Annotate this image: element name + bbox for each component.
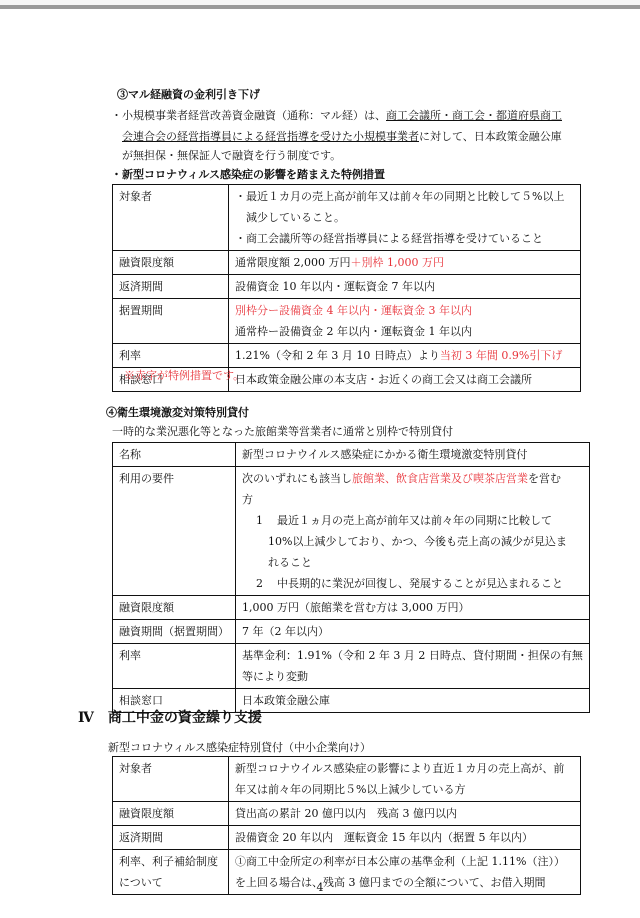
section3-heading: ③マル経融資の金利引き下げ xyxy=(117,87,260,103)
row-value: 1,000 万円（旅館業を営む方は 3,000 万円） xyxy=(236,596,590,620)
section4-intro: 一時的な業況悪化等となった旅館業等営業者に通常と別枠で特別貸付 xyxy=(112,424,453,440)
table-row: 返済期間 設備資金 20 年以内 運転資金 15 年以内（据置 5 年以内） xyxy=(113,826,581,850)
value-line: れること xyxy=(242,552,583,573)
row-value: 別枠分ー設備資金 4 年以内・運転資金 3 年以内 通常枠ー設備資金 2 年以内… xyxy=(229,299,581,344)
table-row: 名称 新型コロナウイルス感染症にかかる衛生環境激変特別貸付 xyxy=(113,443,590,467)
value-normal: を営む xyxy=(528,472,561,485)
value-special: ＋別枠 1,000 万円 xyxy=(350,256,443,269)
row-value: 設備資金 20 年以内 運転資金 15 年以内（据置 5 年以内） xyxy=(229,826,581,850)
table-row: 据置期間 別枠分ー設備資金 4 年以内・運転資金 3 年以内 通常枠ー設備資金 … xyxy=(113,299,581,344)
intro-text: 小規模事業者経営改善資金融資（通称：マル経）は、 xyxy=(122,109,386,122)
section4-table: 名称 新型コロナウイルス感染症にかかる衛生環境激変特別貸付 利用の要件 次のいず… xyxy=(112,442,590,713)
table-row: 融資期間（据置期間） 7 年（2 年以内） xyxy=(113,620,590,644)
row-label: 相談窓口 xyxy=(113,689,236,713)
intro-underlined: 会連合会の経営指導員による経営指導を受けた小規模事業者 xyxy=(122,130,419,143)
row-label: 対象者 xyxy=(113,185,229,251)
section3-intro-line1: ・小規模事業者経営改善資金融資（通称：マル経）は、商工会議所・商工会・都道府県商… xyxy=(111,108,562,124)
table-row: 融資限度額 1,000 万円（旅館業を営む方は 3,000 万円） xyxy=(113,596,590,620)
row-value: ・最近１カ月の売上高が前年又は前々年の同期と比較して５%以上 減少していること。… xyxy=(229,185,581,251)
chapter4-subheading: 新型コロナウィルス感染症特別貸付（中小企業向け） xyxy=(108,740,371,756)
row-label: 融資限度額 xyxy=(113,596,236,620)
row-value: 貸出高の累計 20 億円以内 残高 3 億円以内 xyxy=(229,802,581,826)
row-label: 返済期間 xyxy=(113,826,229,850)
table-row: 融資限度額 通常限度額 2,000 万円＋別枠 1,000 万円 xyxy=(113,251,581,275)
section3-intro-line2: 会連合会の経営指導員による経営指導を受けた小規模事業者に対して、日本政策金融公庫 xyxy=(122,129,562,145)
value-line: ・商工会議所等の経営指導員による経営指導を受けていること xyxy=(235,228,574,249)
value-line: ・最近１カ月の売上高が前年又は前々年の同期と比較して５%以上 xyxy=(235,186,574,207)
row-value: 次のいずれにも該当し旅館業、飲食店営業及び喫茶店営業を営む 方 1 最近１ヵ月の… xyxy=(236,467,590,596)
row-label: 名称 xyxy=(113,443,236,467)
value-line: 10%以上減少しており、かつ、今後も売上高の減少が見込ま xyxy=(242,531,583,552)
row-value: 設備資金 10 年以内・運転資金 7 年以内 xyxy=(229,275,581,299)
table-row: 対象者 ・最近１カ月の売上高が前年又は前々年の同期と比較して５%以上 減少してい… xyxy=(113,185,581,251)
viewer-top-divider xyxy=(0,5,640,9)
value-line: 中長期的に業況が回復し、発展することが見込まれること xyxy=(277,577,563,590)
row-value: 日本政策金融公庫の本支店・お近くの商工会又は商工会議所 xyxy=(229,368,581,392)
row-value: 新型コロナウイルス感染症にかかる衛生環境激変特別貸付 xyxy=(236,443,590,467)
chapter4-table: 対象者 新型コロナウイルス感染症の影響により直近１カ月の売上高が、前 年又は前々… xyxy=(112,756,581,895)
value-normal: 通常枠ー設備資金 2 年以内・運転資金 1 年以内 xyxy=(235,321,574,342)
row-label: 融資期間（据置期間） xyxy=(113,620,236,644)
row-label: 据置期間 xyxy=(113,299,229,344)
value-special: 別枠分ー設備資金 4 年以内・運転資金 3 年以内 xyxy=(235,300,574,321)
special-measure-note: ※赤字が特例措置です。 xyxy=(124,368,244,384)
value-normal: 通常限度額 2,000 万円 xyxy=(235,256,350,269)
section3-subheading: ・新型コロナウィルス感染症の影響を踏まえた特例措置 xyxy=(111,167,385,183)
item-number: 2 xyxy=(256,577,263,590)
table-row: 返済期間 設備資金 10 年以内・運転資金 7 年以内 xyxy=(113,275,581,299)
value-line: 方 xyxy=(242,489,583,510)
row-value: 日本政策金融公庫 xyxy=(236,689,590,713)
value-line: 減少していること。 xyxy=(235,207,574,228)
row-label: 利率 xyxy=(113,644,236,689)
row-label: 利率 xyxy=(113,344,229,368)
item-number: 1 xyxy=(256,514,263,527)
value-line: 最近１ヵ月の売上高が前年又は前々年の同期に比較して xyxy=(277,514,552,527)
row-label: 対象者 xyxy=(113,757,229,802)
section3-table: 対象者 ・最近１カ月の売上高が前年又は前々年の同期と比較して５%以上 減少してい… xyxy=(112,184,581,392)
row-label: 融資限度額 xyxy=(113,802,229,826)
row-value: 通常限度額 2,000 万円＋別枠 1,000 万円 xyxy=(229,251,581,275)
section4-heading: ④衛生環境激変対策特別貸付 xyxy=(106,405,249,421)
value-special: 当初 3 年間 0.9%引下げ xyxy=(440,349,562,362)
value-line: ①商工中金所定の利率が日本公庫の基準金利（上記 1.11%（注）） xyxy=(235,851,574,872)
table-row: 融資限度額 貸出高の累計 20 億円以内 残高 3 億円以内 xyxy=(113,802,581,826)
table-row: 利用の要件 次のいずれにも該当し旅館業、飲食店営業及び喫茶店営業を営む 方 1 … xyxy=(113,467,590,596)
table-row: 利率 基準金利：1.91%（令和 2 年 3 月 2 日時点、貸付期間・担保の有… xyxy=(113,644,590,689)
row-value: 新型コロナウイルス感染症の影響により直近１カ月の売上高が、前 年又は前々年の同期… xyxy=(229,757,581,802)
table-row: 対象者 新型コロナウイルス感染症の影響により直近１カ月の売上高が、前 年又は前々… xyxy=(113,757,581,802)
value-line: 基準金利：1.91%（令和 2 年 3 月 2 日時点、貸付期間・担保の有無 xyxy=(242,645,583,666)
intro-underlined: 商工会議所・商工会・都道府県商工 xyxy=(386,109,562,122)
value-line: 年又は前々年の同期比５%以上減少している方 xyxy=(235,779,574,800)
value-normal: 1.21%（令和 2 年 3 月 10 日時点）より xyxy=(235,349,440,362)
table-row: 利率 1.21%（令和 2 年 3 月 10 日時点）より当初 3 年間 0.9… xyxy=(113,344,581,368)
row-label: 利用の要件 xyxy=(113,467,236,596)
chapter4-heading: Ⅳ 商工中金の資金繰り支援 xyxy=(78,710,262,726)
row-value: 1.21%（令和 2 年 3 月 10 日時点）より当初 3 年間 0.9%引下… xyxy=(229,344,581,368)
intro-text: に対して、日本政策金融公庫 xyxy=(419,130,562,143)
label-line: 利率、利子補給制度 xyxy=(119,851,222,872)
value-special: 旅館業、飲食店営業及び喫茶店営業 xyxy=(352,472,528,485)
row-label: 融資限度額 xyxy=(113,251,229,275)
row-value: 7 年（2 年以内） xyxy=(236,620,590,644)
row-value: 基準金利：1.91%（令和 2 年 3 月 2 日時点、貸付期間・担保の有無 等… xyxy=(236,644,590,689)
table-row: 相談窓口 日本政策金融公庫 xyxy=(113,689,590,713)
page-number: 4 xyxy=(0,881,640,894)
value-normal: 次のいずれにも該当し xyxy=(242,472,352,485)
value-line: 等により変動 xyxy=(242,666,583,687)
row-label: 返済期間 xyxy=(113,275,229,299)
section3-intro-line3: が無担保・無保証人で融資を行う制度です。 xyxy=(122,148,341,164)
value-line: 新型コロナウイルス感染症の影響により直近１カ月の売上高が、前 xyxy=(235,758,574,779)
bullet: ・ xyxy=(111,109,122,122)
